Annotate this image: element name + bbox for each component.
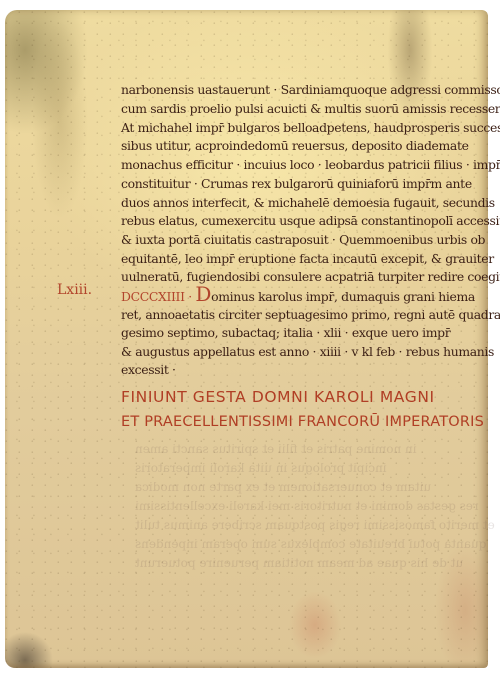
show-through-line: quanta potui breuitate complexus sum ope… <box>135 537 486 551</box>
show-through-line: in nomine patris et filii et spiritus sa… <box>135 442 417 456</box>
text-line: & iuxta portā ciuitatis castraposuit · Q… <box>121 232 485 248</box>
year-numeral: DCCCXIIII · <box>121 289 192 304</box>
text-line: uulneratū, fugiendosibi consulere acpatr… <box>121 269 500 285</box>
text-line: rebus elatus, cumexercitu usque adipsā c… <box>121 213 500 229</box>
text-line: excessit · <box>121 362 176 378</box>
text-line: gesimo septimo, subactaq; italia · xlii … <box>121 325 450 341</box>
text-line: constituitur · Crumas rex bulgarorū quin… <box>121 176 472 192</box>
text-line: equitantē, leo impr̄ eruptione facta inc… <box>121 251 494 267</box>
date-line-text: ominus karolus impr̄, dumaquis grani hie… <box>211 289 475 304</box>
decorated-initial: D <box>195 282 211 306</box>
rubric-heading-line-1: FINIUNT GESTA DOMNI KAROLI MAGNI <box>121 388 435 406</box>
manuscript-page: narbonensis uastauerunt · Sardiniamquoqu… <box>5 10 488 668</box>
text-line: & augustus appellatus est anno · xiiii ·… <box>121 344 494 360</box>
date-line: DCCCXIIII · Dominus karolus impr̄, dumaq… <box>121 286 475 305</box>
rubric-heading-line-2: ET PRAECELLENTISSIMI FRANCORŪ IMPERATORI… <box>121 414 484 430</box>
show-through-line: res gestas domini et nutritoris mei karo… <box>135 499 479 513</box>
show-through-line: et merito famosissimi regis postquam scr… <box>135 518 495 532</box>
show-through-line: ut de his quae ad meam notitiam peruenir… <box>135 556 463 570</box>
text-line: monachus efficitur · incuius loco · leob… <box>121 157 500 173</box>
chapter-number: Lxiii. <box>57 282 92 298</box>
text-line: ret, annoaetatis circiter septuagesimo p… <box>121 307 500 323</box>
show-through-line: incipit prologus in uita karoli imperato… <box>135 461 387 475</box>
show-through-line: uitam et conuersationem et ex parte non … <box>135 480 431 494</box>
text-line: At michahel impr̄ bulgaros belloadpetens… <box>121 120 500 136</box>
text-line: sibus utitur, acproindedomū reuersus, de… <box>121 138 469 154</box>
text-line: narbonensis uastauerunt · Sardiniamquoqu… <box>121 82 500 98</box>
text-line: duos annos interfecit, & michahelē demoe… <box>121 195 495 211</box>
text-line: cum sardis proelio pulsi acuicti & multi… <box>121 101 500 117</box>
